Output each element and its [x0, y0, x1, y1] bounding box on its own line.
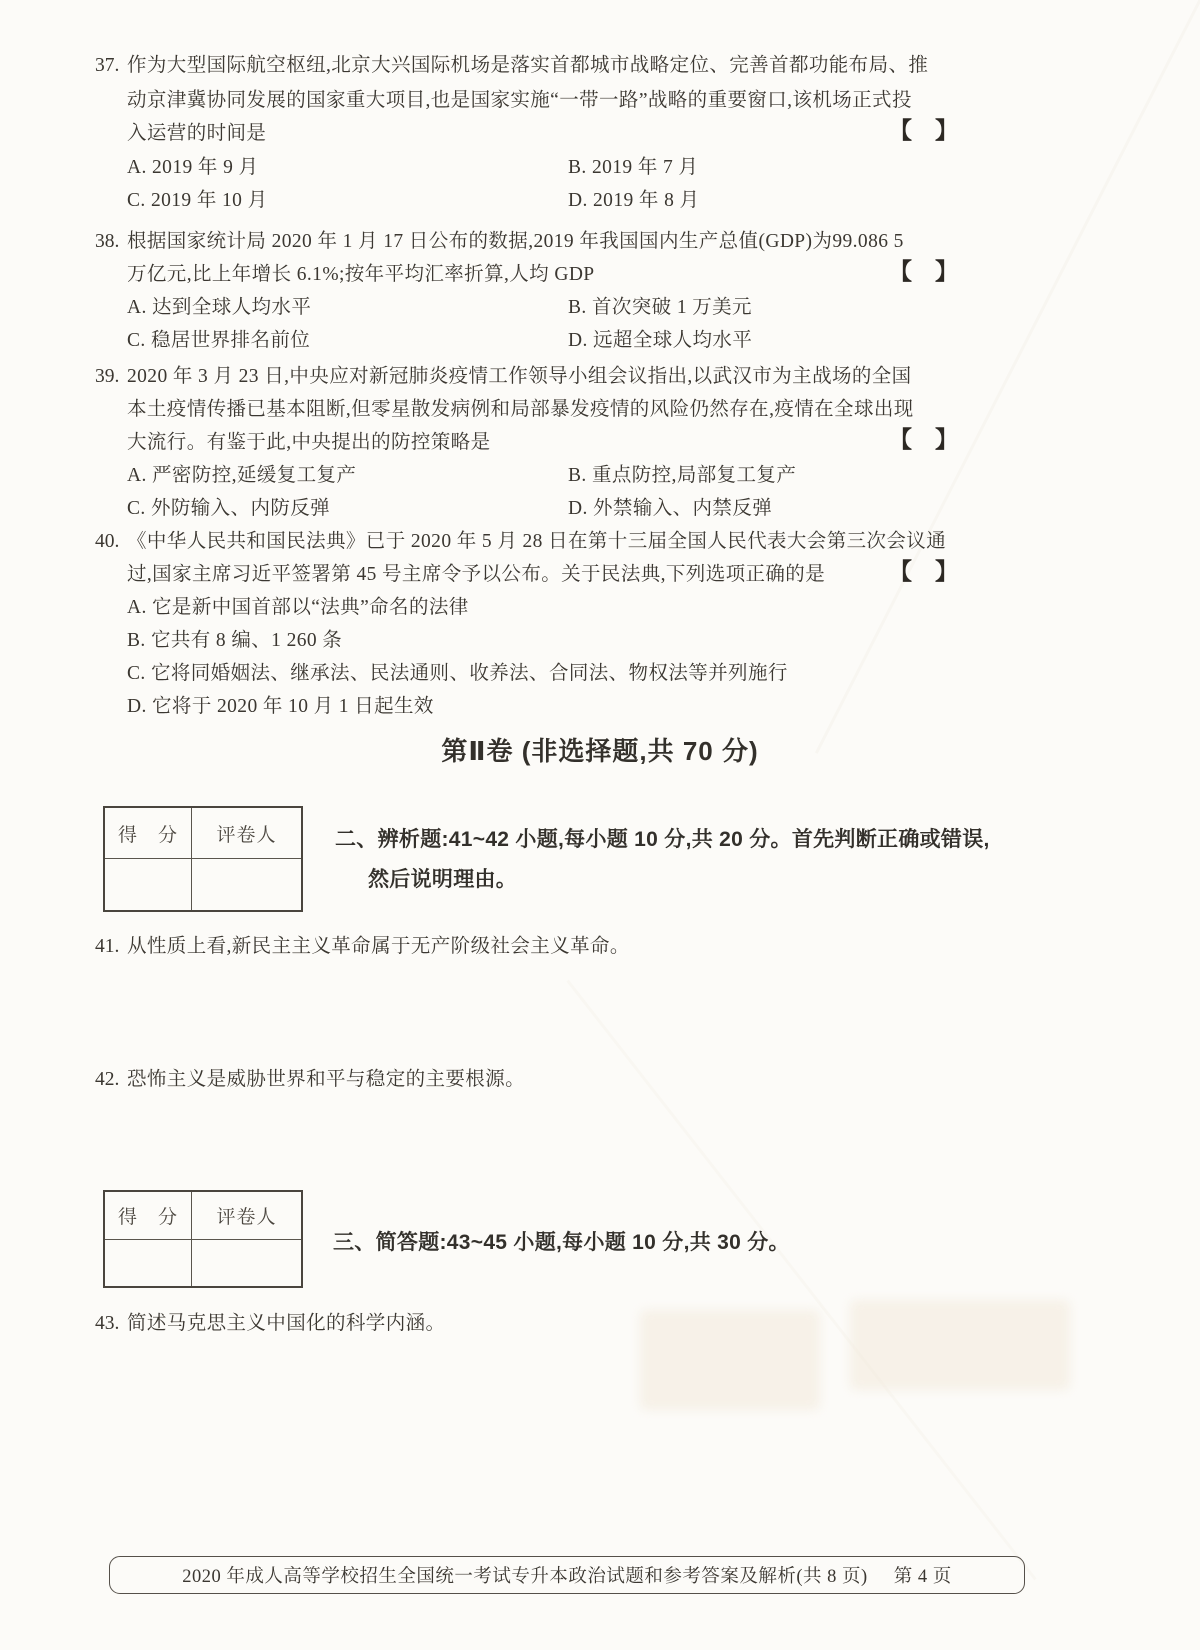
question-40-option-d: D. 它将于 2020 年 10 月 1 日起生效: [127, 693, 434, 720]
question-37-line3: 入运营的时间是: [127, 120, 266, 147]
score-box-header-row: 得 分 评卷人: [105, 808, 301, 859]
question-38-option-d: D. 远超全球人均水平: [568, 327, 752, 354]
grader-label: 评卷人: [192, 1192, 301, 1239]
question-38-option-b: B. 首次突破 1 万美元: [568, 294, 752, 321]
question-37-option-d: D. 2019 年 8 月: [568, 187, 699, 214]
question-38-option-a: A. 达到全球人均水平: [127, 294, 311, 321]
question-39-option-d: D. 外禁输入、内禁反弹: [568, 495, 772, 522]
question-40-option-c: C. 它将同婚姻法、继承法、民法通则、收养法、合同法、物权法等并列施行: [127, 660, 788, 687]
question-43-text: 简述马克思主义中国化的科学内涵。: [127, 1310, 445, 1337]
score-label: 得 分: [105, 808, 192, 858]
question-40-answer-bracket: 【 】: [889, 558, 958, 585]
score-entry-cell: [105, 859, 192, 910]
part-2-title: 第Ⅱ卷 (非选择题,共 70 分): [0, 731, 1200, 768]
scan-crease-line: [566, 980, 1036, 1581]
question-39-option-b: B. 重点防控,局部复工复产: [568, 462, 796, 489]
question-37-line2: 动京津冀协同发展的国家重大项目,也是国家实施“一带一路”战略的重要窗口,该机场正…: [127, 87, 912, 114]
score-box-section-3: 得 分 评卷人: [103, 1190, 303, 1288]
question-39-line1: 2020 年 3 月 23 日,中央应对新冠肺炎疫情工作领导小组会议指出,以武汉…: [127, 363, 912, 390]
score-box-section-2: 得 分 评卷人: [103, 806, 303, 912]
footer-page-number: 第 4 页: [894, 1562, 952, 1588]
question-38-line2: 万亿元,比上年增长 6.1%;按年平均汇率折算,人均 GDP: [127, 261, 595, 288]
exam-paper-page: 37. 作为大型国际航空枢纽,北京大兴国际机场是落实首都城市战略定位、完善首都功…: [0, 0, 1200, 1650]
question-42-number: 42.: [95, 1066, 119, 1093]
question-42-text: 恐怖主义是威胁世界和平与稳定的主要根源。: [127, 1066, 525, 1093]
question-37-line1: 作为大型国际航空枢纽,北京大兴国际机场是落实首都城市战略定位、完善首都功能布局、…: [127, 52, 928, 79]
question-40-line2: 过,国家主席习近平签署第 45 号主席令予以公布。关于民法典,下列选项正确的是: [127, 561, 825, 588]
grader-label: 评卷人: [192, 808, 301, 858]
question-40-line1: 《中华人民共和国民法典》已于 2020 年 5 月 28 日在第十三届全国人民代…: [127, 528, 946, 555]
question-38-answer-bracket: 【 】: [889, 258, 958, 285]
question-37-option-c: C. 2019 年 10 月: [127, 187, 267, 214]
section-2-instruction-line1: 二、辨析题:41~42 小题,每小题 10 分,共 20 分。首先判断正确或错误…: [335, 826, 990, 854]
score-box-entry-row: [105, 1240, 301, 1286]
section-2-instruction-line2: 然后说明理由。: [368, 866, 517, 894]
page-footer: 2020 年成人高等学校招生全国统一考试专升本政治试题和参考答案及解析(共 8 …: [109, 1556, 1025, 1594]
question-38-option-c: C. 稳居世界排名前位: [127, 327, 310, 354]
question-37-option-b: B. 2019 年 7 月: [568, 154, 698, 181]
question-40-option-a: A. 它是新中国首部以“法典”命名的法律: [127, 594, 469, 621]
grader-entry-cell: [192, 1240, 301, 1286]
question-37-number: 37.: [95, 52, 119, 79]
question-37-option-a: A. 2019 年 9 月: [127, 154, 258, 181]
question-41-number: 41.: [95, 933, 119, 960]
question-39-option-a: A. 严密防控,延缓复工复产: [127, 462, 356, 489]
question-37-answer-bracket: 【 】: [889, 117, 958, 144]
question-40-option-b: B. 它共有 8 编、1 260 条: [127, 627, 342, 654]
score-label: 得 分: [105, 1192, 192, 1239]
section-3-instruction-line1: 三、简答题:43~45 小题,每小题 10 分,共 30 分。: [333, 1229, 790, 1257]
question-39-number: 39.: [95, 363, 119, 390]
score-entry-cell: [105, 1240, 192, 1286]
grader-entry-cell: [192, 859, 301, 910]
question-39-line2: 本土疫情传播已基本阻断,但零星散发病例和局部暴发疫情的风险仍然存在,疫情在全球出…: [127, 396, 914, 423]
score-box-entry-row: [105, 859, 301, 910]
ink-bleed-ghost: [850, 1300, 1070, 1390]
question-39-line3: 大流行。有鉴于此,中央提出的防控策略是: [127, 429, 490, 456]
question-41-text: 从性质上看,新民主主义革命属于无产阶级社会主义革命。: [127, 933, 630, 960]
score-box-header-row: 得 分 评卷人: [105, 1192, 301, 1240]
question-39-option-c: C. 外防输入、内防反弹: [127, 495, 330, 522]
question-38-number: 38.: [95, 228, 119, 255]
footer-exam-title: 2020 年成人高等学校招生全国统一考试专升本政治试题和参考答案及解析(共 8 …: [182, 1562, 867, 1588]
ink-bleed-ghost: [640, 1310, 820, 1410]
question-43-number: 43.: [95, 1310, 119, 1337]
question-40-number: 40.: [95, 528, 119, 555]
question-39-answer-bracket: 【 】: [889, 426, 958, 453]
question-38-line1: 根据国家统计局 2020 年 1 月 17 日公布的数据,2019 年我国国内生…: [127, 228, 904, 255]
